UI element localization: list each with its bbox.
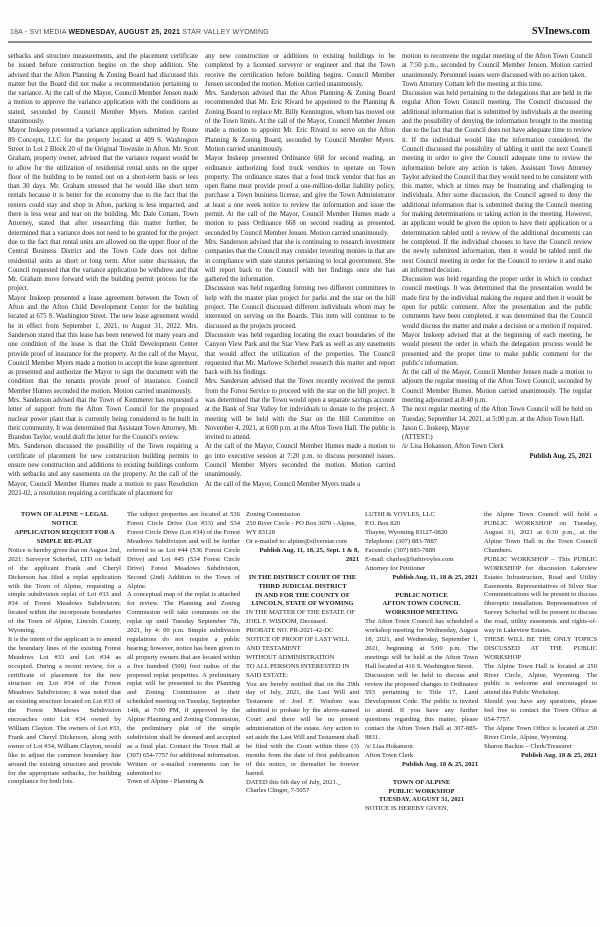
notice-title: IN THE DISTRICT COURT OF THE THIRD JUDIC… <box>246 574 359 592</box>
attorney-line: Attorney for Petitioner <box>365 565 478 574</box>
attorney-line: P.O. Box 820 <box>365 520 478 529</box>
body-paragraph: At the call of the Mayor, Council Member… <box>205 442 395 479</box>
masthead-left: 18A - SVI MEDIA WEDNESDAY, AUGUST 25, 20… <box>10 29 269 36</box>
body-paragraph: PUBLIC WORKSHOP – This PUBLIC WORKSHOP f… <box>484 556 597 636</box>
body-paragraph: Town Attorney Cottam left the meeting at… <box>402 80 592 89</box>
signature-line: Sharon Backus – Clerk/Treasurer <box>484 743 597 752</box>
notice-title: TOWN OF ALPINE ~ LEGAL NOTICE <box>8 511 121 529</box>
body-paragraph: the Alpine Town Council will hold a PUBL… <box>484 511 597 556</box>
attorney-line: Facsimile: (307) 883-7889 <box>365 547 478 556</box>
notice-title: PUBLIC NOTICE <box>365 592 478 601</box>
notice-title: TUESDAY, AUGUST 31, 2021 <box>365 796 478 805</box>
body-paragraph: Discussion was held regarding locating t… <box>205 331 395 377</box>
body-paragraph: The subject properties are located at 53… <box>127 511 240 591</box>
body-paragraph: Should you have any questions, please fe… <box>484 698 597 725</box>
notices-column-1: TOWN OF ALPINE ~ LEGAL NOTICE APPLICATIO… <box>8 511 121 814</box>
body-paragraph: Mrs. Sanderson advised that the Afton Pl… <box>205 89 395 154</box>
body-paragraph: Town of Alpine - Planning & <box>127 778 240 787</box>
body-paragraph: Mayor Inskeep presented a variance appli… <box>8 126 198 293</box>
minutes-column-2: any new construction or additions to exi… <box>205 52 395 498</box>
body-paragraph: THESE WILL BE THE ONLY TOPICS DISCUSSED … <box>484 636 597 663</box>
minutes-column-3: motion to reconvene the regular meeting … <box>402 52 592 498</box>
notice-title: TOWN OF ALPINE <box>365 779 478 788</box>
notice-title: WORKSHOP MEETING <box>365 609 478 618</box>
publish-line: Publish Aug. 18 & 25, 2021 <box>365 761 478 770</box>
body-paragraph: You are hereby notified that on the 29th… <box>246 681 359 779</box>
notice-title: APPLICATION REQUEST FOR A SIMPLE RE-PLAT <box>8 529 121 547</box>
legal-notices-section: TOWN OF ALPINE ~ LEGAL NOTICE APPLICATIO… <box>0 498 600 814</box>
body-paragraph: motion to reconvene the regular meeting … <box>402 52 592 80</box>
body-paragraph: A conceptual map of the replat is attach… <box>127 591 240 778</box>
body-paragraph: The Afton Town Council has scheduled a w… <box>365 618 478 671</box>
region-label: STAR VALLEY WYOMING <box>182 29 269 36</box>
council-minutes-section: setbacks and structure measurements, and… <box>0 43 600 498</box>
body-paragraph: TO ALL PERSONS INTERESTED IN SAID ESTATE… <box>246 663 359 681</box>
body-paragraph: Mrs. Sanderson discussed the possibility… <box>8 442 198 498</box>
body-paragraph: WITHOUT ADMINISTRATION <box>246 654 359 663</box>
attorney-line: Thayne, Wyoming 83127-0820 <box>365 529 478 538</box>
publish-line: Publish Aug. 18 & 25, 2021 <box>484 752 597 761</box>
attorney-line: Telephone: (307) 883-7887 <box>365 538 478 547</box>
issue-date: WEDNESDAY, AUGUST 25, 2021 <box>68 29 180 36</box>
signature-line: /s/ Lisa Hokanson <box>365 743 478 752</box>
body-paragraph: Mrs. Sanderson advised that the Town of … <box>8 396 198 442</box>
notice-title: PUBLIC WORKSHOP <box>365 788 478 797</box>
email-line: Or e-mailed to: alpine@silverstar.com <box>246 538 359 547</box>
body-paragraph: DATED this 6th day of July, 2021._ <box>246 779 359 788</box>
body-paragraph: Discussion will be held to discuss and r… <box>365 672 478 743</box>
body-paragraph: Notice is hereby given that on August 2n… <box>8 547 121 636</box>
address-line: Zoning Commission <box>246 511 359 520</box>
body-paragraph: Discussion was held regarding the proper… <box>402 275 592 368</box>
attest-line: (ATTEST:) <box>402 433 592 442</box>
body-paragraph: Mrs. Sanderson advised that the Town rec… <box>205 377 395 442</box>
body-paragraph: NOTICE OF PROOF OF LAST WILL AND TESTAME… <box>246 636 359 654</box>
body-paragraph: Discussion was held regarding forming tw… <box>205 284 395 330</box>
body-paragraph: Mayor Inskeep presented Ordinance 668 fo… <box>205 154 395 238</box>
body-paragraph: setbacks and structure measurements, and… <box>8 52 198 126</box>
clerk-signature-line: /s/ Lisa Hokanson, Afton Town Clerk <box>402 442 592 451</box>
body-paragraph: any new construction or additions to exi… <box>205 52 395 89</box>
body-paragraph: At the call of the Mayor, Council Member… <box>402 368 592 405</box>
email-line: E-mail: charles@luthivoyles.com <box>365 556 478 565</box>
body-paragraph: PROBATE NO. PR-2021-42-DC <box>246 627 359 636</box>
notices-column-3: Zoning Commission 250 River Circle - PO … <box>246 511 359 814</box>
notices-column-2: The subject properties are located at 53… <box>127 511 240 814</box>
publish-line: Publish Aug. 25, 2021 <box>402 452 592 461</box>
notice-title: IN AND FOR THE COUNTY OF LINCOLN, STATE … <box>246 592 359 610</box>
address-line: 250 River Circle - PO Box 3070 - Alpine,… <box>246 520 359 538</box>
publish-line: Publish Aug. 11, 18, 25, Sept. 1 & 8, 20… <box>246 547 359 565</box>
masthead: 18A - SVI MEDIA WEDNESDAY, AUGUST 25, 20… <box>8 0 592 43</box>
body-paragraph: At the call of the Mayor, Council Member… <box>205 480 395 489</box>
website-link[interactable]: SVInews.com <box>532 26 590 37</box>
body-paragraph: The Alpine Town Hall is located at 250 R… <box>484 663 597 699</box>
newspaper-page: 18A - SVI MEDIA WEDNESDAY, AUGUST 25, 20… <box>0 0 600 927</box>
body-paragraph: Mrs. Sanderson advised that she is conti… <box>205 238 395 284</box>
body-paragraph: The Alpine Town Office is located at 250… <box>484 725 597 743</box>
body-paragraph: Discussion was held pertaining to the de… <box>402 89 592 275</box>
page-label: 18A - SVI MEDIA <box>10 29 66 36</box>
publish-line: Publish Aug. 11, 18 & 25, 2021 <box>365 574 478 583</box>
body-paragraph: It is the intent of the applicant is to … <box>8 636 121 787</box>
body-paragraph: The next regular meeting of the Afton To… <box>402 405 592 424</box>
notices-column-5: the Alpine Town Council will hold a PUBL… <box>484 511 597 814</box>
body-paragraph: Mayor Inskeep presented a lease agreemen… <box>8 294 198 396</box>
notice-title: AFTON TOWN COUNCIL <box>365 600 478 609</box>
signature-line: Charles Clinger, 7-5057 <box>246 787 359 796</box>
signature-line: Afton Town Clerk <box>365 752 478 761</box>
attorney-line: LUTHI & VOYLES, LLC <box>365 511 478 520</box>
notices-column-4: LUTHI & VOYLES, LLC P.O. Box 820 Thayne,… <box>365 511 478 814</box>
body-paragraph: IN THE MATTER OF THE ESTATE OF JOEL F. W… <box>246 609 359 627</box>
body-paragraph: NOTICE IS HEREBY GIVEN, <box>365 805 478 814</box>
minutes-column-1: setbacks and structure measurements, and… <box>8 52 198 498</box>
signature-line: Jason C. Inskeep, Mayor <box>402 424 592 433</box>
